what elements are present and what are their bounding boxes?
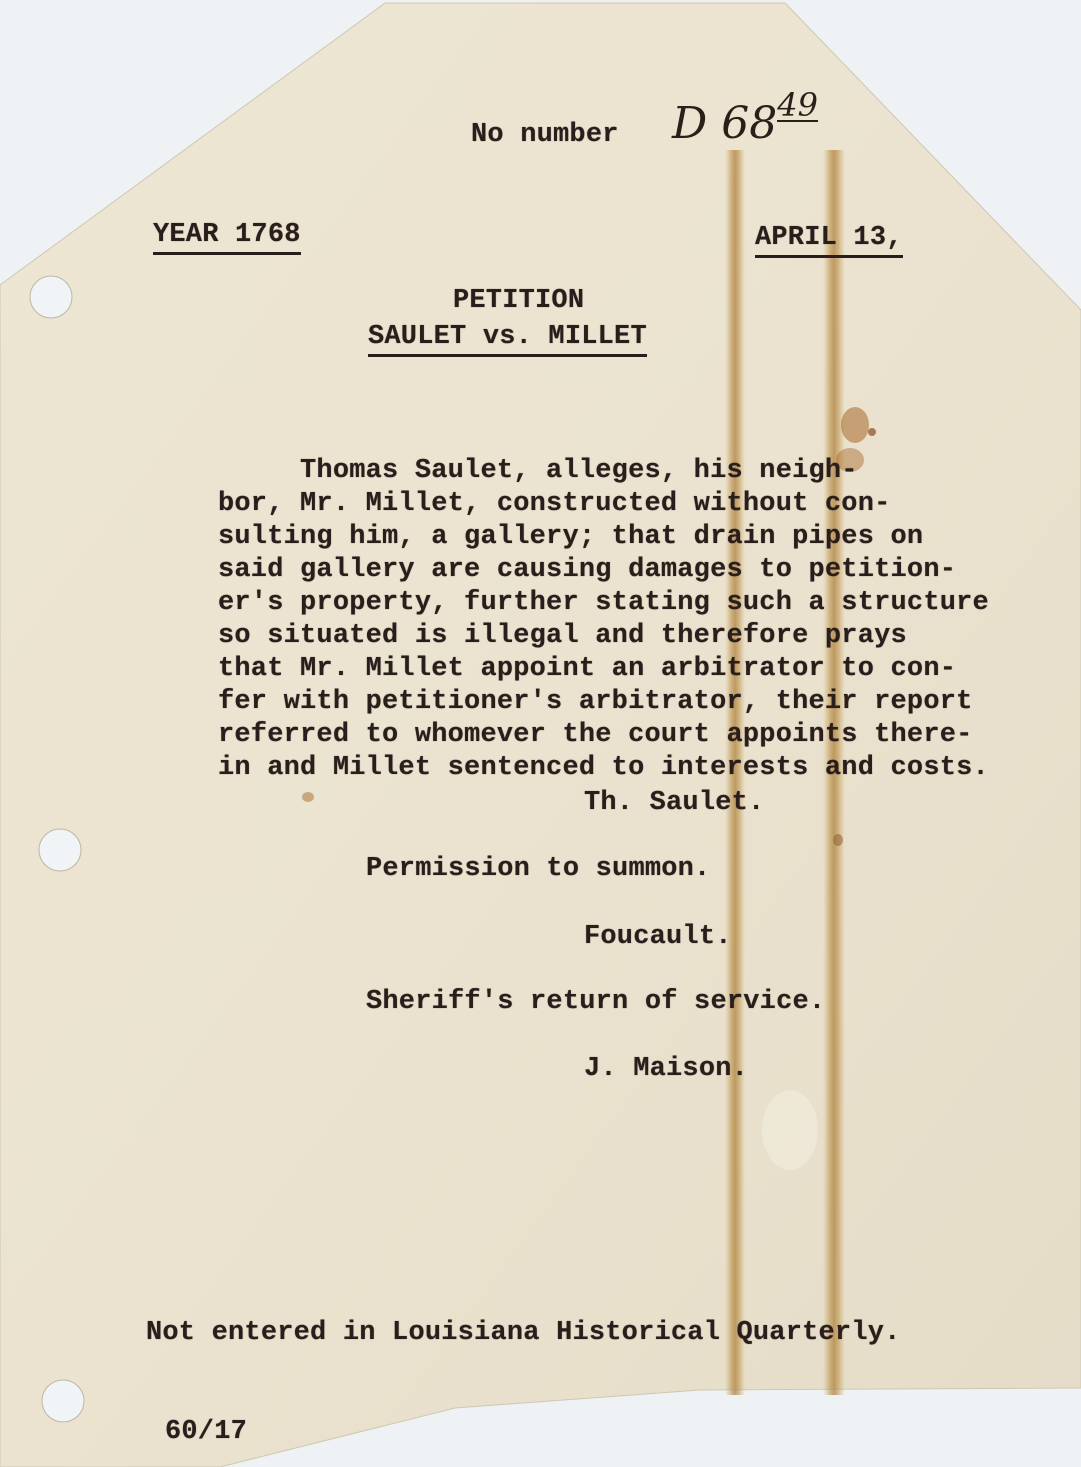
- page-reference: 60/17: [165, 1417, 247, 1447]
- judge-signature: Foucault.: [584, 922, 732, 952]
- body-line: bor, Mr. Millet, constructed without con…: [218, 489, 891, 519]
- punch-hole-top: [30, 276, 72, 318]
- year-heading: YEAR 1768: [153, 220, 301, 255]
- catalog-number-main: D 68: [672, 98, 777, 149]
- case-title: SAULET vs. MILLET: [368, 322, 647, 357]
- date-heading: APRIL 13,: [755, 223, 903, 258]
- body-line: so situated is illegal and therefore pra…: [218, 621, 907, 651]
- punch-hole-middle: [39, 829, 81, 871]
- document-type-title: PETITION: [453, 286, 584, 316]
- body-line: fer with petitioner's arbitrator, their …: [218, 687, 973, 717]
- catalog-number-superscript: 49: [777, 90, 818, 122]
- footer-note: Not entered in Louisiana Historical Quar…: [146, 1318, 901, 1348]
- no-number-label: No number: [471, 120, 619, 150]
- body-line: sulting him, a gallery; that drain pipes…: [218, 522, 923, 552]
- sheriff-note: Sheriff's return of service.: [366, 987, 825, 1017]
- body-line: referred to whomever the court appoints …: [218, 720, 973, 750]
- body-line: that Mr. Millet appoint an arbitrator to…: [218, 654, 956, 684]
- sheriff-signature: J. Maison.: [584, 1054, 748, 1084]
- body-line: Thomas Saulet, alleges, his neigh-: [218, 456, 858, 486]
- permission-note: Permission to summon.: [366, 854, 710, 884]
- petitioner-signature: Th. Saulet.: [584, 788, 764, 818]
- punch-hole-bottom: [42, 1380, 84, 1422]
- body-line: said gallery are causing damages to peti…: [218, 555, 956, 585]
- body-line: er's property, further stating such a st…: [218, 588, 989, 618]
- catalog-number-handwritten: D 6849: [672, 98, 818, 149]
- body-line: in and Millet sentenced to interests and…: [218, 753, 989, 783]
